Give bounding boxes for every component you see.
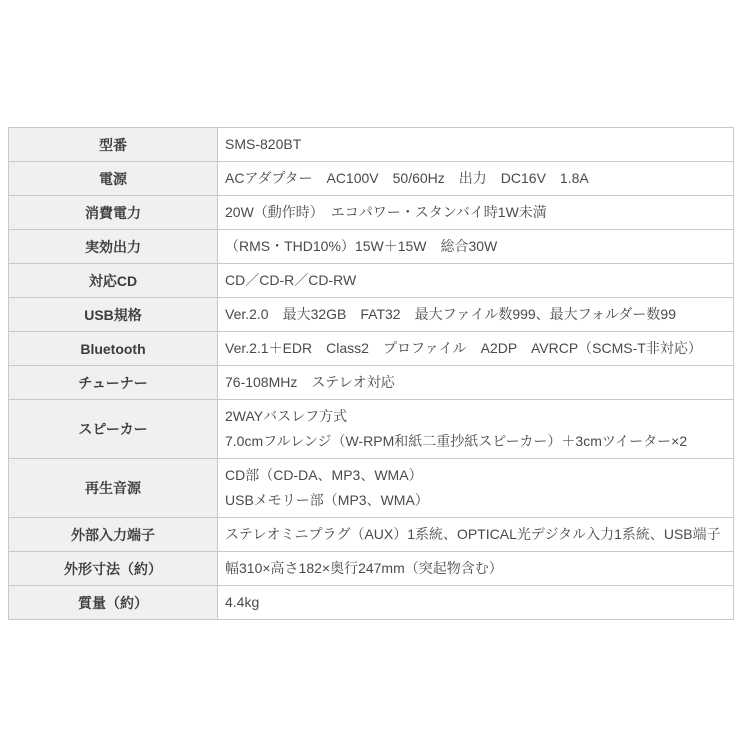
table-row: 質量（約） 4.4kg [9,586,734,620]
spec-value-line: 幅310×高さ182×奥行247mm（突起物含む） [225,556,726,581]
spec-value: Ver.2.1＋EDR Class2 プロファイル A2DP AVRCP（SCM… [218,332,734,366]
spec-value: ACアダプター AC100V 50/60Hz 出力 DC16V 1.8A [218,162,734,196]
spec-value: （RMS・THD10%）15W＋15W 総合30W [218,230,734,264]
spec-value-line: 2WAYバスレフ方式 [225,404,726,429]
table-row: 再生音源 CD部（CD-DA、MP3、WMA） USBメモリー部（MP3、WMA… [9,459,734,518]
table-row: 型番 SMS-820BT [9,128,734,162]
spec-value: Ver.2.0 最大32GB FAT32 最大ファイル数999、最大フォルダー数… [218,298,734,332]
spec-value: CD部（CD-DA、MP3、WMA） USBメモリー部（MP3、WMA） [218,459,734,518]
table-row: 対応CD CD／CD-R／CD-RW [9,264,734,298]
spec-table: 型番 SMS-820BT 電源 ACアダプター AC100V 50/60Hz 出… [8,127,734,620]
table-row: USB規格 Ver.2.0 最大32GB FAT32 最大ファイル数999、最大… [9,298,734,332]
spec-value: ステレオミニプラグ（AUX）1系統、OPTICAL光デジタル入力1系統、USB端… [218,518,734,552]
spec-value-line: 20W（動作時） エコパワー・スタンバイ時1W未満 [225,200,726,225]
spec-label: 再生音源 [9,459,218,518]
spec-value-line: ステレオミニプラグ（AUX）1系統、OPTICAL光デジタル入力1系統、USB端… [225,522,726,547]
spec-label: 電源 [9,162,218,196]
spec-value-line: （RMS・THD10%）15W＋15W 総合30W [225,234,726,259]
table-row: 外部入力端子 ステレオミニプラグ（AUX）1系統、OPTICAL光デジタル入力1… [9,518,734,552]
spec-label: 消費電力 [9,196,218,230]
table-row: スピーカー 2WAYバスレフ方式 7.0cmフルレンジ（W-RPM和紙二重抄紙ス… [9,400,734,459]
spec-value-line: CD／CD-R／CD-RW [225,268,726,293]
table-row: チューナー 76-108MHz ステレオ対応 [9,366,734,400]
spec-value: 2WAYバスレフ方式 7.0cmフルレンジ（W-RPM和紙二重抄紙スピーカー）＋… [218,400,734,459]
table-row: 外形寸法（約） 幅310×高さ182×奥行247mm（突起物含む） [9,552,734,586]
spec-value-line: Ver.2.0 最大32GB FAT32 最大ファイル数999、最大フォルダー数… [225,302,726,327]
spec-label: 質量（約） [9,586,218,620]
table-row: 消費電力 20W（動作時） エコパワー・スタンバイ時1W未満 [9,196,734,230]
spec-label: USB規格 [9,298,218,332]
table-row: 実効出力 （RMS・THD10%）15W＋15W 総合30W [9,230,734,264]
spec-label: Bluetooth [9,332,218,366]
spec-value-line: SMS-820BT [225,132,726,157]
spec-value-line: 7.0cmフルレンジ（W-RPM和紙二重抄紙スピーカー）＋3cmツイーター×2 [225,429,726,454]
spec-value: CD／CD-R／CD-RW [218,264,734,298]
spec-label: 対応CD [9,264,218,298]
spec-value-line: Ver.2.1＋EDR Class2 プロファイル A2DP AVRCP（SCM… [225,336,726,361]
spec-label: 実効出力 [9,230,218,264]
spec-label: 型番 [9,128,218,162]
spec-value: 幅310×高さ182×奥行247mm（突起物含む） [218,552,734,586]
page-root: { "page": { "background": "#ffffff" }, "… [0,0,742,742]
spec-value-line: CD部（CD-DA、MP3、WMA） [225,463,726,488]
spec-value-line: 76-108MHz ステレオ対応 [225,370,726,395]
spec-label: 外部入力端子 [9,518,218,552]
spec-value: 4.4kg [218,586,734,620]
spec-value-line: 4.4kg [225,590,726,615]
table-row: 電源 ACアダプター AC100V 50/60Hz 出力 DC16V 1.8A [9,162,734,196]
spec-label: 外形寸法（約） [9,552,218,586]
spec-label: チューナー [9,366,218,400]
spec-value: 20W（動作時） エコパワー・スタンバイ時1W未満 [218,196,734,230]
spec-value-line: USBメモリー部（MP3、WMA） [225,488,726,513]
spec-label: スピーカー [9,400,218,459]
table-row: Bluetooth Ver.2.1＋EDR Class2 プロファイル A2DP… [9,332,734,366]
spec-value-line: ACアダプター AC100V 50/60Hz 出力 DC16V 1.8A [225,166,726,191]
spec-value: SMS-820BT [218,128,734,162]
spec-value: 76-108MHz ステレオ対応 [218,366,734,400]
